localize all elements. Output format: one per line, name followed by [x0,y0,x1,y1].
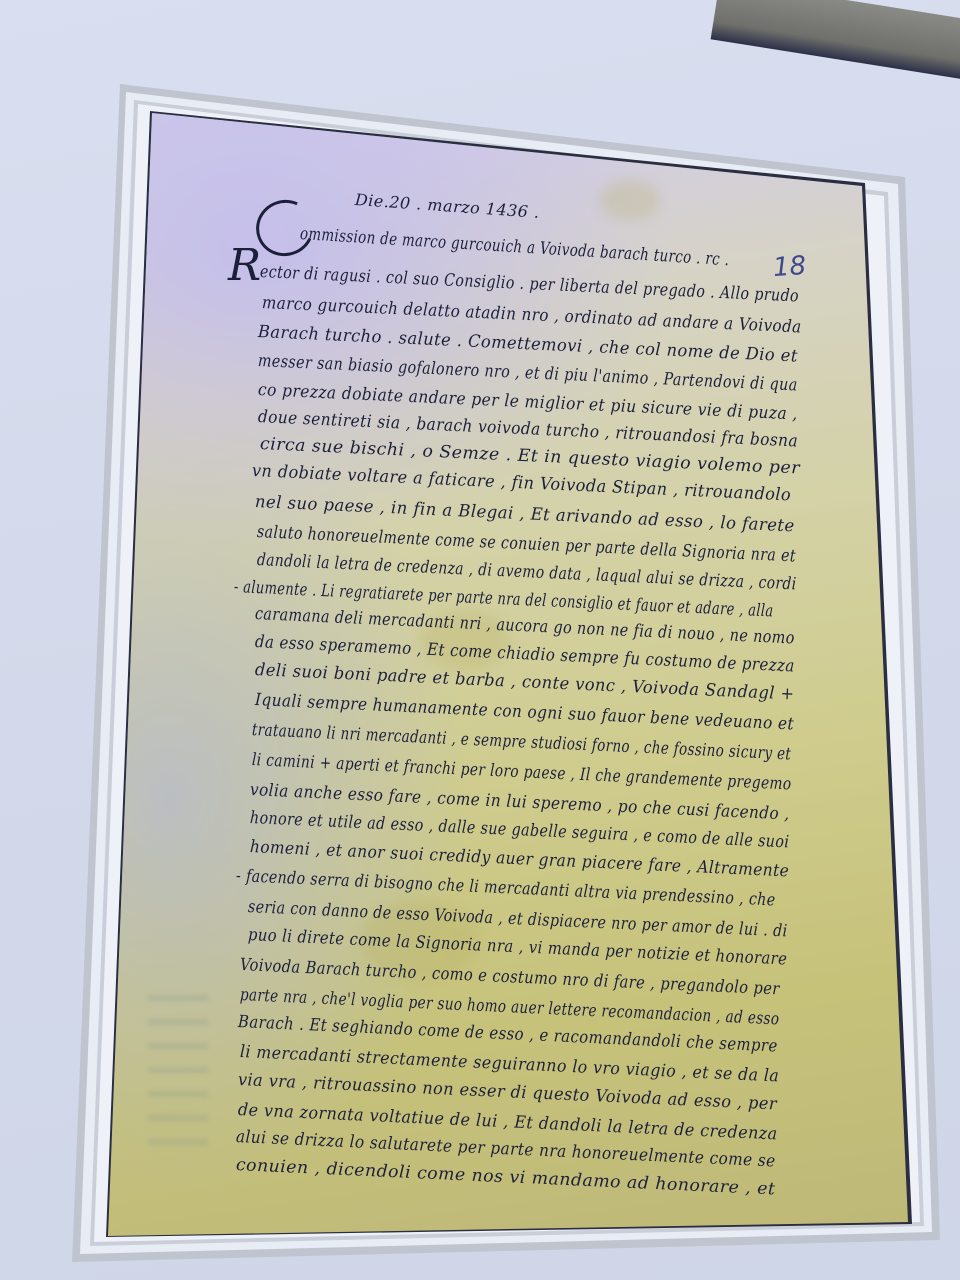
decorated-initial-r: R [228,240,261,291]
paper-stain [600,180,660,220]
folio-number: 18 [772,251,807,283]
photo-scene: 18 Die.20 . marzo 1436 . ommission de ma… [0,0,960,1280]
picture-frame-edge [711,0,960,89]
faded-margin-writing [148,995,208,1145]
